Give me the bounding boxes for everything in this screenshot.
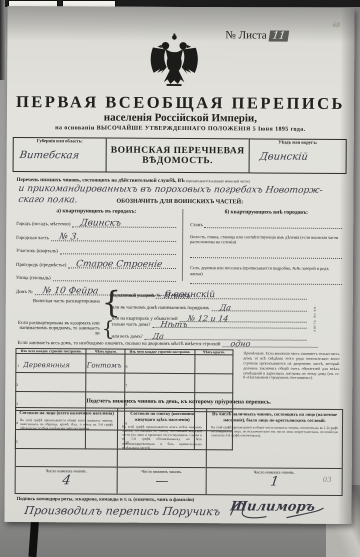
option-label: или весь домъ? [112, 334, 143, 339]
field-value: Двинскъ [80, 218, 122, 228]
scan-left-edge [0, 0, 5, 80]
corner-pencil-mark: 68 [332, 22, 340, 29]
page-subtitle: населенія Россійской Имперіи, [7, 111, 354, 125]
signature-flourish [226, 493, 326, 529]
district-label: Уѣздъ или округъ: [250, 139, 346, 145]
whole-house-line: Если занимаетъ весь домъ, то необходимо … [18, 339, 318, 348]
row-num: 6 [126, 365, 128, 369]
province-label: Губернія или область: [14, 138, 106, 144]
whole-house-value: одно [230, 339, 251, 348]
sheet-number-line: № Листа 11 [225, 29, 288, 41]
option-private-house: или въ частномъ домѣ нанимаемомъ порядко… [112, 302, 307, 311]
field-label: Городская часть [16, 236, 49, 241]
count-col-value: 4 [14, 473, 118, 494]
province-box: Губернія или область: Витебская [13, 137, 107, 173]
fill-line [205, 220, 343, 229]
field-value: Старое Строеніе [76, 259, 164, 270]
province-value: Витебская [19, 150, 80, 161]
disposition-label: Воинская часть расквартирована [18, 299, 100, 305]
option-label: въ казенной казармѣ [112, 294, 154, 299]
count-col-header: Состояло по списку (постоянно живущаго з… [118, 409, 206, 424]
field-volost: Волость, гмина, станица или соотвѣтствую… [190, 234, 342, 247]
form-title-box: ВОИНСКАЯ ПЕРЕЧНЕВАЯ ВѢДОМОСТЬ. [107, 138, 249, 174]
field-city: Городъ (посадъ, мѣстечко) Двинскъ [16, 219, 176, 228]
row-num: 1 [17, 364, 19, 368]
district-box: Уѣздъ или округъ: Двинскій [249, 138, 347, 174]
row-num: 7 [125, 384, 127, 388]
count-col-present: Состояло на лицо (всего наличнаго населе… [16, 408, 119, 494]
count-table: Состояло на лицо (всего наличнаго населе… [15, 407, 344, 496]
field-label: Станъ [190, 223, 202, 228]
field-precinct-block: Участокъ (кварталъ) [16, 246, 176, 255]
scanned-census-form: № Листа 11 68 ПЕРВАЯ ВСЕОБЩА [0, 0, 360, 557]
option-value: Да [219, 303, 232, 312]
disposition-options: въ казенной казармѣ Нѣтъ или въ частномъ… [112, 291, 307, 323]
option-value: Нѣтъ [160, 320, 188, 329]
fill-line: одно [222, 340, 317, 348]
count-col-explain: Въ этой графѣ прописывается итогъ всѣхъ … [118, 423, 206, 467]
roof-value: Гонтомъ [87, 361, 122, 369]
whole-house-label: Если занимаетъ весь домъ, то необходимо … [18, 341, 221, 347]
fill-line: Нѣтъ [156, 291, 307, 300]
fill-line [190, 251, 342, 259]
fill-line: Да [211, 303, 306, 312]
field-city-part: Городская часть № 3. [16, 233, 176, 242]
fill-line: Двинскъ [72, 219, 176, 228]
field-value: № 10 Фейра [42, 286, 99, 296]
option-barracks: въ казенной казармѣ Нѣтъ [112, 291, 307, 300]
column-divider [182, 209, 185, 281]
field-village: Село, деревня или поселокъ (прописываетс… [190, 265, 342, 278]
field-label: Домъ № [16, 290, 33, 295]
header-boxes: Губернія или область: Витебская ВОИНСКАЯ… [13, 137, 347, 174]
fill-line: Да [145, 331, 307, 340]
signature-text: Производилъ перепись Поручикъ [24, 504, 222, 518]
form-title: ВОИНСКАЯ ПЕРЕЧНЕВАЯ ВѢДОМОСТЬ. [107, 145, 249, 166]
table-pencil-mark: 03 [323, 476, 332, 484]
option-part-house: только часть дома? Нѣтъ [112, 320, 307, 329]
building-row: 1 Деревянныя Гонтомъ 6 [16, 354, 233, 374]
imperial-eagle-icon [146, 33, 202, 95]
option-label: только часть дома? [112, 323, 151, 328]
fill-line: Нѣтъ [152, 320, 306, 329]
building-row: 2 7 [16, 373, 233, 393]
sheet-number-value: 11 [269, 31, 289, 42]
field-street: Улица (площадь) [16, 273, 176, 282]
buildings-note: Примѣчаніе. Если воинская часть занимает… [243, 351, 339, 381]
rural-section: б) квартирующихъ внѣ городовъ: Станъ Вол… [190, 209, 342, 285]
occupies-label: Если расквартирована въ казармахъ или на… [18, 321, 100, 337]
count-col-explain: Въ этой графѣ прописывается общее число … [207, 424, 342, 468]
legal-basis-line: на основаніи ВЫСОЧАЙШЕ УТВЕРЖДЕННАГО ПОЛ… [7, 125, 354, 133]
field-stan: Станъ [190, 220, 342, 229]
option-label: или въ частномъ домѣ нанимаемомъ порядко… [112, 305, 210, 311]
district-value: Двинскій [259, 151, 309, 162]
field-label: Улица (площадь) [16, 276, 51, 281]
signature-label: Подпись командира роты, эскадрона, коман… [17, 497, 195, 503]
material-value: Деревянныя [23, 361, 70, 369]
row-num: 2 [16, 383, 18, 387]
count-col-header: Въ числѣ наличныхъ чиновъ, состоящихъ на… [207, 409, 342, 425]
option-value: Нѣтъ [163, 291, 191, 300]
field-value: № 3. [58, 232, 79, 242]
occupies-options: только часть дома? Нѣтъ или весь домъ? Д… [112, 320, 307, 341]
field-suburb: Пригородъ (предмѣстье) Старое Строеніе [16, 260, 176, 269]
count-col-value: — [116, 474, 207, 495]
field-label: Участокъ (кварталъ) [16, 249, 58, 254]
city-heading: а) квартирующихъ въ городахъ: [16, 208, 176, 215]
fill-line [60, 246, 176, 255]
rural-heading: б) квартирующихъ внѣ городовъ: [190, 209, 342, 216]
count-col-explain: Въ этой графѣ прописывается общій итогъ … [16, 417, 117, 467]
intro-line-note: (прописывается названіе воинской части) [186, 179, 250, 183]
field-label: Пригородъ (предмѣстье) [16, 263, 66, 268]
intro-line-text: Перечень нижнихъ чиновъ, состоящихъ на д… [16, 177, 184, 184]
fill-line [53, 273, 176, 282]
unit-handwritten-1: и прикомандированныхъ въ пороховыхъ погр… [18, 184, 323, 196]
census-sheet: № Листа 11 68 ПЕРВАЯ ВСЕОБЩА [4, 6, 354, 524]
sheet-number-label: № Листа [225, 29, 266, 41]
fill-line: Старое Строеніе [68, 260, 176, 269]
count-col-listed: Состояло по списку (постоянно живущаго з… [118, 409, 208, 495]
fill-line: № 3. [51, 233, 176, 242]
margin-vertical-note: листъ по кн. [312, 292, 317, 332]
field-label: Городъ (посадъ, мѣстечко) [16, 222, 70, 227]
